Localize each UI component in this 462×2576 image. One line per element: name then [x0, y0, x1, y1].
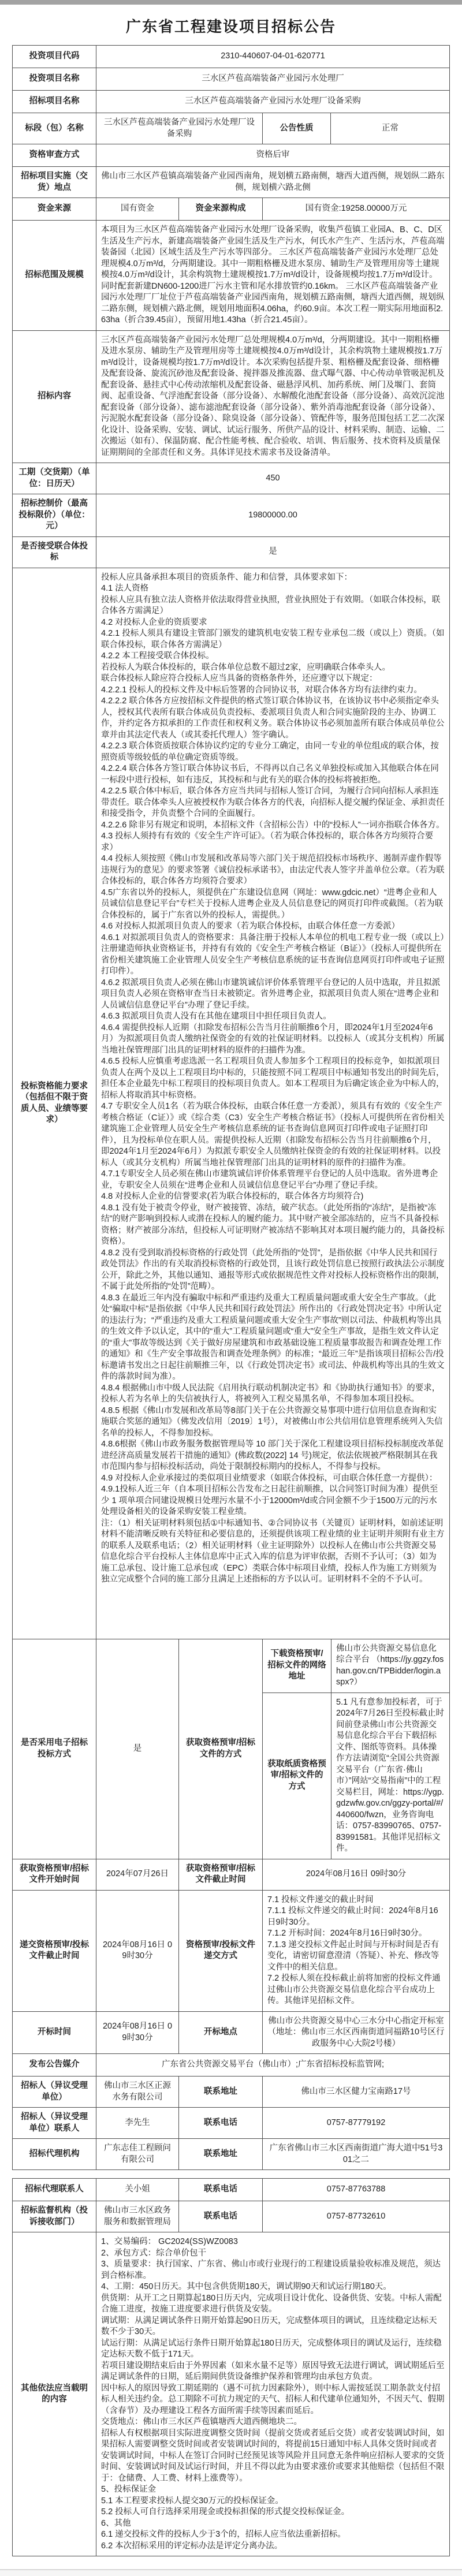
table-row-qualification: 投标资格能力要求（包括但不限于资质人员、业绩等要求） 投标人应具备承担本项目的资… — [13, 568, 449, 1639]
table-row-agency: 招标代理机构 广东志佳工程顾问有限公司 联系地址 广东省佛山市三水区西南街道广海… — [13, 2138, 449, 2169]
submit-deadline-label: 递交资格预审/投标文件截止时间 — [13, 1891, 96, 2011]
qualification-value: 投标人应具备承担本项目的资质条件、能力和信誉，具体要求如下： 4.1 法人资格 … — [96, 568, 449, 1639]
obtain-start-value: 2024年07月26日 — [96, 1859, 178, 1890]
tenderer-address-value: 佛山市三水区健力宝南路17号 — [262, 2077, 449, 2107]
table-row-other: 其他依法应当载明的内容 1、交易编码： GC2024(SS)WZ0083 2、承… — [13, 2232, 449, 2556]
notice-nature-value: 正常 — [330, 113, 449, 144]
tenderer-phone-value: 0757-87779192 — [262, 2108, 449, 2138]
tender-name-label: 招标项目名称 — [13, 91, 96, 113]
media-value: 广东省公共资源交易平台（佛山市）;广东省招标投标监管网; — [96, 2054, 449, 2076]
page-bottom-divider — [0, 2569, 462, 2576]
submit-method-value: 7.1 投标文件递交的截止时间 7.1.1 投标文件递交的截止时间：2024年8… — [262, 1891, 449, 2011]
opening-time-label: 开标时间 — [13, 2012, 96, 2054]
agency-label: 招标代理机构 — [13, 2139, 96, 2169]
tenderer-contact-value: 李先生 — [96, 2108, 178, 2138]
table-row-price-limit: 招标控制价（最高投标限价）（单位：元） 19800000.00 — [13, 494, 449, 536]
table-row-opening: 开标时间 2024年08月16日 09时30分 开标地点 佛山市公共资源交易中心… — [13, 2011, 449, 2054]
table-row-qual-method: 资格审查方式 资格后审 — [13, 144, 449, 166]
agency-contact-label: 招标代理联系人 — [13, 2179, 96, 2201]
invest-name-value: 三水区芦苞高端装备产业园污水处理厂 — [96, 68, 449, 90]
obtain-method-subcolumn: 下载资格预审/招标文件的网络地址 佛山市公共资源交易信息化综合平台 （https… — [262, 1639, 449, 1859]
tenderer-label: 招标人（异议受理单位） — [13, 2077, 96, 2107]
tenderer-phone-label: 联系电话 — [178, 2108, 262, 2138]
content-label: 招标内容 — [13, 331, 96, 463]
funding-composition-value: 国有资金:19258.00000万元 — [262, 198, 449, 220]
invest-name-label: 投资项目名称 — [13, 68, 96, 90]
electronic-value: 是 — [96, 1639, 178, 1859]
tenderer-address-label: 联系地址 — [178, 2077, 262, 2107]
paper-document-subrow: 获取纸质资格预审/招标文件的方式 5.1 凡有意参加投标者，可于2024年7月2… — [263, 1693, 449, 1859]
table-row-agency-contact: 招标代理联系人 关小姐 联系电话 0757-87763788 — [13, 2179, 449, 2201]
tender-name-value: 三水区芦苞高端装备产业园污水处理厂设备采购 — [96, 91, 449, 113]
tender-announcement-table: 投资项目代码 2310-440607-04-01-620771 投资项目名称 三… — [12, 45, 450, 2170]
browser-top-strip — [0, 0, 462, 5]
table-row-invest-code: 投资项目代码 2310-440607-04-01-620771 — [13, 46, 449, 68]
other-content-label: 其他依法应当载明的内容 — [13, 2232, 96, 2556]
supervisor-phone-value: 0757-87732610 — [262, 2201, 449, 2232]
agency-contact-value: 关小姐 — [96, 2179, 178, 2201]
table-row-submit-deadline: 递交资格预审/投标文件截止时间 2024年08月16日 09时30分 资格预审/… — [13, 1890, 449, 2011]
obtain-deadline-label: 获取资格预审/招标文件截止时间 — [178, 1859, 262, 1890]
table-row-invest-name: 投资项目名称 三水区芦苞高端装备产业园污水处理厂 — [13, 68, 449, 90]
notice-nature-label: 公告性质 — [262, 113, 330, 144]
table-row-content: 招标内容 三水区芦苞高端装备产业园污水处理厂总处理规模4.0万m³/d，分两期建… — [13, 330, 449, 463]
table-row-obtain-time: 获取资格预审/招标文件开始时间 2024年07月26日 获取资格预审/招标文件截… — [13, 1859, 449, 1890]
agency-phone-value: 0757-87763788 — [262, 2179, 449, 2201]
agency-phone-label: 联系电话 — [178, 2179, 262, 2201]
content-value: 三水区芦苞高端装备产业园污水处理厂总处理规模4.0万m³/d，分两期建设。其中一… — [96, 331, 449, 463]
tender-announcement-table-continued: 招标代理联系人 关小姐 联系电话 0757-87763788 招标监督机构（投诉… — [12, 2178, 450, 2556]
scope-label: 招标范围及规模 — [13, 221, 96, 330]
delivery-place-value: 佛山市三水区芦苞镇高端装备产业园西南角，规划横五路南侧，塘西大道西侧，规划纵二路… — [96, 167, 449, 197]
price-limit-value: 19800000.00 — [96, 494, 449, 536]
table-row-tender-name: 招标项目名称 三水区芦苞高端装备产业园污水处理厂设备采购 — [13, 90, 449, 113]
delivery-place-label: 招标项目实施（交货）地点 — [13, 167, 96, 197]
paper-document-value: 5.1 凡有意参加投标者，可于2024年7月26日至投标截止时间前登录佛山市公共… — [331, 1693, 449, 1859]
table-row-section: 标段（包）名称 三水区芦苞高端装备产业园污水处理厂设备采购 公告性质 正常 — [13, 113, 449, 144]
funding-value: 国有资金 — [96, 198, 178, 220]
section-value: 三水区芦苞高端装备产业园污水处理厂设备采购 — [96, 113, 262, 144]
paper-document-label: 获取纸质资格预审/招标文件的方式 — [263, 1693, 331, 1859]
invest-code-value: 2310-440607-04-01-620771 — [96, 46, 449, 68]
table-row-consortium: 是否接受联合体投标 是 — [13, 536, 449, 568]
section-label: 标段（包）名称 — [13, 113, 96, 144]
table-row-delivery-place: 招标项目实施（交货）地点 佛山市三水区芦苞镇高端装备产业园西南角，规划横五路南侧… — [13, 166, 449, 197]
invest-code-label: 投资项目代码 — [13, 46, 96, 68]
tenderer-value: 佛山市三水区正源水务有限公司 — [96, 2077, 178, 2107]
obtain-start-label: 获取资格预审/招标文件开始时间 — [13, 1859, 96, 1890]
table-row-electronic: 是否采用电子招标投标方式 是 获取资格预审/招标文件的方式 下载资格预审/招标文… — [13, 1639, 449, 1859]
other-content-value: 1、交易编码： GC2024(SS)WZ0083 2、承包方式：综合单价包干 3… — [96, 2232, 449, 2556]
consortium-label: 是否接受联合体投标 — [13, 537, 96, 568]
table-row-tenderer: 招标人（异议受理单位） 佛山市三水区正源水务有限公司 联系地址 佛山市三水区健力… — [13, 2076, 449, 2107]
opening-place-label: 开标地点 — [178, 2012, 262, 2054]
duration-label: 工期（交货期）（单位：日历天） — [13, 463, 96, 494]
consortium-value: 是 — [96, 537, 449, 568]
agency-address-label: 联系地址 — [178, 2139, 262, 2169]
table-row-scope: 招标范围及规模 本项目为三水区芦苞高端装备产业园污水处理厂设备采购，收集芦苞镇工… — [13, 220, 449, 330]
table-row-tenderer-contact: 招标人（异议受理单位）联系人 李先生 联系电话 0757-87779192 — [13, 2107, 449, 2138]
supervisor-phone-label: 联系电话 — [178, 2201, 262, 2232]
tenderer-contact-label: 招标人（异议受理单位）联系人 — [13, 2108, 96, 2138]
obtain-deadline-value: 2024年08月16日 09时30分 — [262, 1859, 449, 1890]
page-title: 广东省工程建设项目招标公告 — [0, 17, 462, 36]
supervisor-value: 佛山市三水区政务服务和数据管理局 — [96, 2201, 178, 2232]
agency-address-value: 广东省佛山市三水区西南街道广海大道中51号301之二 — [262, 2139, 449, 2169]
download-address-value: 佛山市公共资源交易信息化综合平台 （https://jy.ggzy.foshan… — [331, 1639, 449, 1693]
download-address-subrow: 下载资格预审/招标文件的网络地址 佛山市公共资源交易信息化综合平台 （https… — [263, 1639, 449, 1693]
opening-place-value: 佛山市公共资源交易中心三水分中心指定开标室（地址：佛山市三水区西南街道同福路10… — [262, 2012, 449, 2054]
price-limit-label: 招标控制价（最高投标限价）（单位：元） — [13, 494, 96, 536]
agency-value: 广东志佳工程顾问有限公司 — [96, 2139, 178, 2169]
download-address-label: 下载资格预审/招标文件的网络地址 — [263, 1639, 331, 1693]
duration-value: 450 — [96, 463, 449, 494]
supervisor-label: 招标监督机构（投诉接收部门） — [13, 2201, 96, 2232]
electronic-label: 是否采用电子招标投标方式 — [13, 1639, 96, 1859]
qual-method-value: 资格后审 — [96, 144, 449, 166]
qualification-label: 投标资格能力要求（包括但不限于资质人员、业绩等要求） — [13, 568, 96, 1639]
table-row-supervisor: 招标监督机构（投诉接收部门） 佛山市三水区政务服务和数据管理局 联系电话 075… — [13, 2201, 449, 2232]
table-row-funding: 资金来源 国有资金 资金来源构成 国有资金:19258.00000万元 — [13, 197, 449, 220]
media-label: 发布公告媒介 — [13, 2054, 96, 2076]
opening-time-value: 2024年08月16日 09时30分 — [96, 2012, 178, 2054]
funding-composition-label: 资金来源构成 — [178, 198, 262, 220]
table-row-duration: 工期（交货期）（单位：日历天） 450 — [13, 463, 449, 494]
obtain-method-label: 获取资格预审/招标文件的方式 — [178, 1639, 262, 1859]
submit-deadline-value: 2024年08月16日 09时30分 — [96, 1891, 178, 2011]
funding-label: 资金来源 — [13, 198, 96, 220]
scope-value: 本项目为三水区芦苞高端装备产业园污水处理厂设备采购，收集芦苞镇工业园A、B、C、… — [96, 221, 449, 330]
submit-method-label: 资格预审/投标文件递交方式 — [178, 1891, 262, 2011]
table-row-media: 发布公告媒介 广东省公共资源交易平台（佛山市）;广东省招标投标监管网; — [13, 2053, 449, 2076]
qual-method-label: 资格审查方式 — [13, 144, 96, 166]
